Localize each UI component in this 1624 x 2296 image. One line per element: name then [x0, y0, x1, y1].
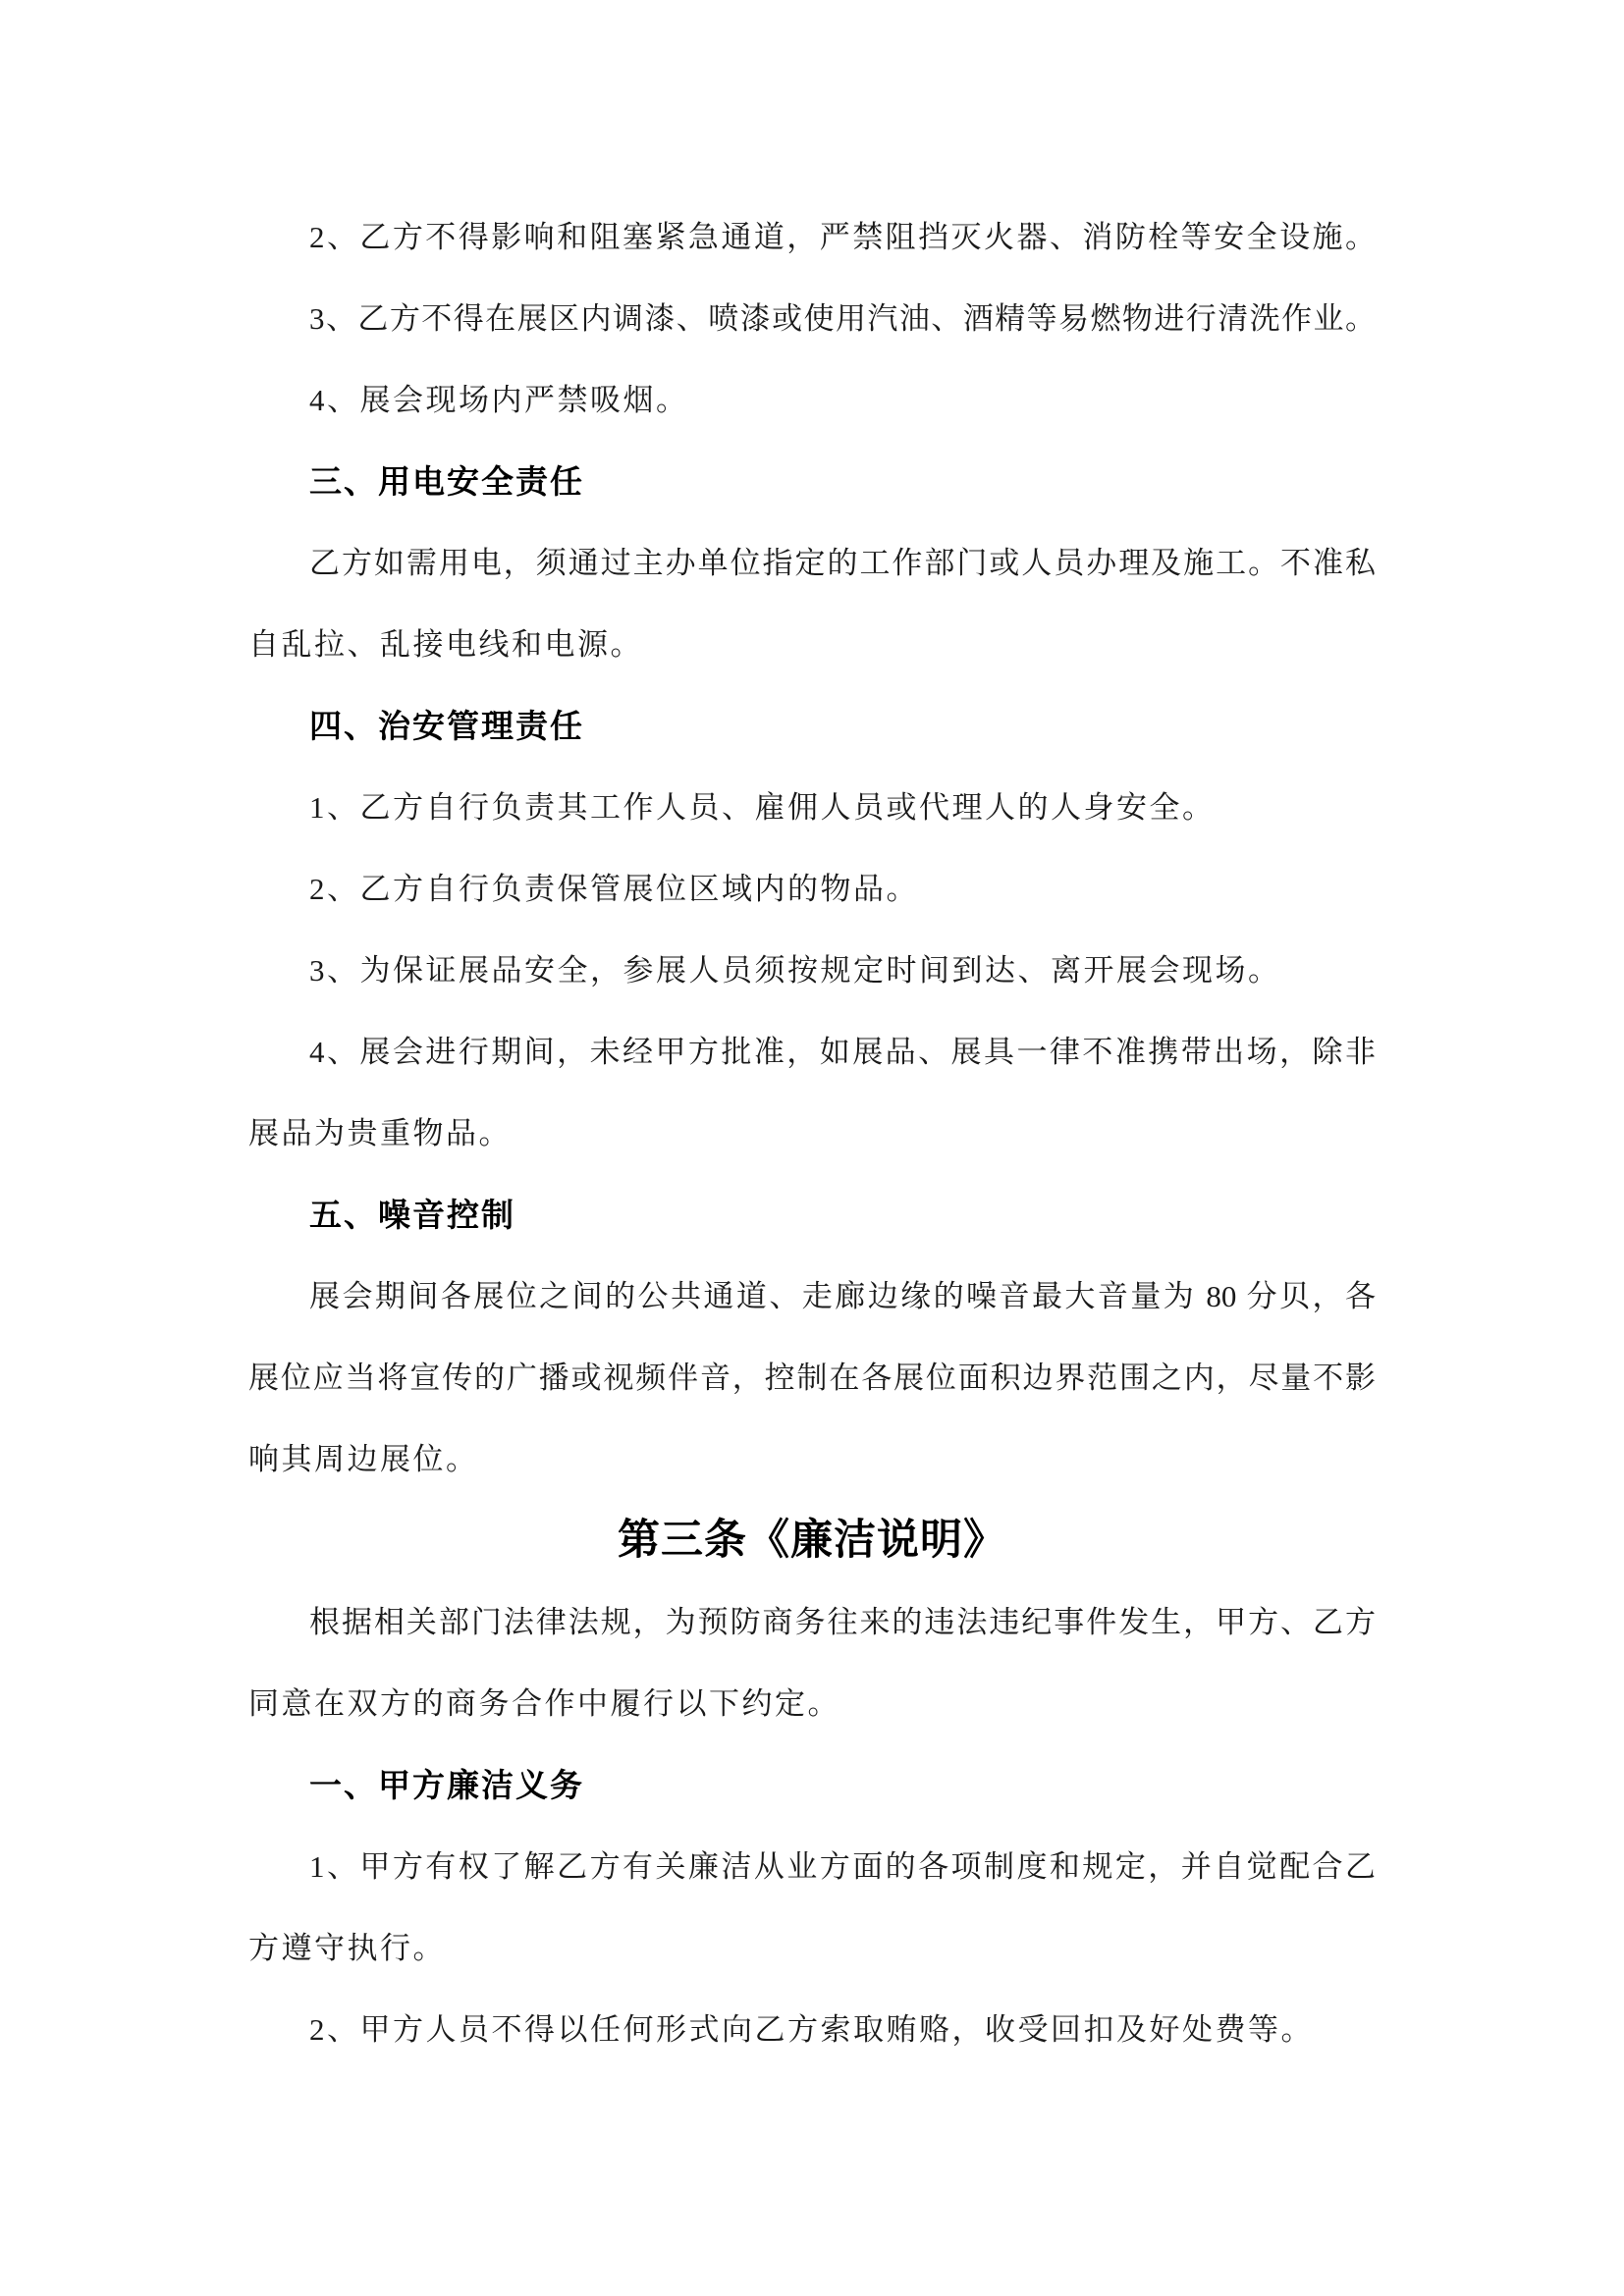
paragraph-line: 展会期间各展位之间的公共通道、走廊边缘的噪音最大音量为 80 分贝，各 — [248, 1255, 1376, 1337]
paragraph-continuation-line: 自乱拉、乱接电线和电源。 — [248, 604, 1376, 685]
paragraph-continuation-line: 方遵守执行。 — [248, 1907, 1376, 1989]
paragraph-continuation-line: 响其周边展位。 — [248, 1418, 1376, 1500]
chapter-heading: 第三条《廉洁说明》 — [248, 1500, 1376, 1581]
paragraph-continuation-line: 展位应当将宣传的广播或视频伴音，控制在各展位面积边界范围之内，尽量不影 — [248, 1337, 1376, 1418]
clause-item-line: 4、展会现场内严禁吸烟。 — [248, 359, 1376, 441]
document-content: 2、乙方不得影响和阻塞紧急通道，严禁阻挡灭火器、消防栓等安全设施。 3、乙方不得… — [248, 196, 1376, 2070]
clause-item-line: 1、甲方有权了解乙方有关廉洁从业方面的各项制度和规定，并自觉配合乙 — [248, 1826, 1376, 1907]
clause-item-line: 2、乙方自行负责保管展位区域内的物品。 — [248, 848, 1376, 930]
paragraph-continuation-line: 展品为贵重物品。 — [248, 1093, 1376, 1174]
paragraph-continuation-line: 同意在双方的商务合作中履行以下约定。 — [248, 1663, 1376, 1744]
section-heading: 三、用电安全责任 — [248, 441, 1376, 522]
clause-item-line: 4、展会进行期间，未经甲方批准，如展品、展具一律不准携带出场，除非 — [248, 1011, 1376, 1093]
section-heading: 四、治安管理责任 — [248, 685, 1376, 767]
paragraph-line: 根据相关部门法律法规，为预防商务往来的违法违纪事件发生，甲方、乙方 — [248, 1581, 1376, 1663]
document-page: 2、乙方不得影响和阻塞紧急通道，严禁阻挡灭火器、消防栓等安全设施。 3、乙方不得… — [0, 0, 1624, 2296]
clause-item-line: 2、甲方人员不得以任何形式向乙方索取贿赂，收受回扣及好处费等。 — [248, 1989, 1376, 2070]
clause-item-line: 2、乙方不得影响和阻塞紧急通道，严禁阻挡灭火器、消防栓等安全设施。 — [248, 196, 1376, 278]
paragraph-line: 乙方如需用电，须通过主办单位指定的工作部门或人员办理及施工。不准私 — [248, 522, 1376, 604]
section-heading: 一、甲方廉洁义务 — [248, 1744, 1376, 1826]
clause-item-line: 1、乙方自行负责其工作人员、雇佣人员或代理人的人身安全。 — [248, 767, 1376, 848]
section-heading: 五、噪音控制 — [248, 1174, 1376, 1255]
clause-item-line: 3、乙方不得在展区内调漆、喷漆或使用汽油、酒精等易燃物进行清洗作业。 — [248, 278, 1376, 359]
clause-item-line: 3、为保证展品安全，参展人员须按规定时间到达、离开展会现场。 — [248, 930, 1376, 1011]
